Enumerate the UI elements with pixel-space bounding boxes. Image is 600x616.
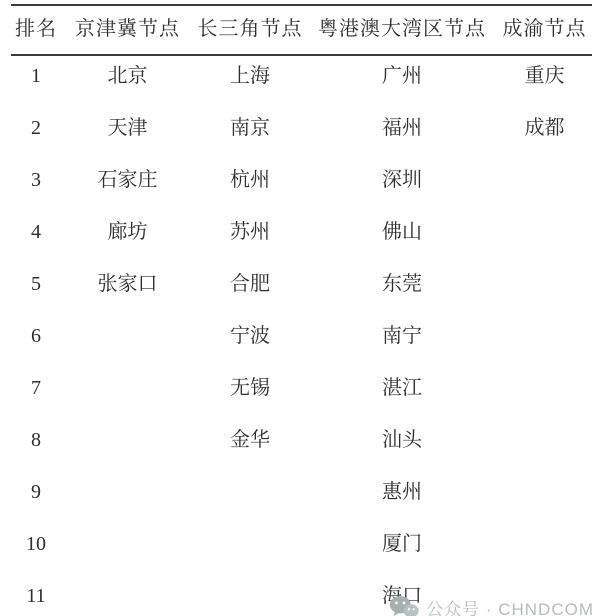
table-cell: 4 — [10, 222, 62, 242]
table-cell: 福州 — [307, 118, 497, 138]
table-cell: 10 — [10, 534, 62, 554]
table-cell: 天津 — [62, 118, 193, 138]
table-cell: 8 — [10, 430, 62, 450]
watermark: 公众号 · CHNDCOM — [389, 594, 594, 616]
table-cell: 无锡 — [193, 378, 307, 398]
header-cell: 粤港澳大湾区节点 — [307, 19, 497, 39]
table-cell: 湛江 — [307, 378, 497, 398]
table-cell: 广州 — [307, 66, 497, 86]
table-row: 1北京上海广州重庆 — [10, 50, 592, 102]
table-row: 8金华汕头 — [10, 414, 592, 466]
table-cell: 杭州 — [193, 170, 307, 190]
table-cell: 金华 — [193, 430, 307, 450]
wechat-icon — [389, 595, 419, 616]
header-cell: 成渝节点 — [497, 19, 592, 39]
table-row: 5张家口合肥东莞 — [10, 258, 592, 310]
table-row: 9惠州 — [10, 466, 592, 518]
table-row: 10厦门 — [10, 518, 592, 570]
table-cell: 合肥 — [193, 274, 307, 294]
table-cell: 重庆 — [497, 66, 592, 86]
table-row: 3石家庄杭州深圳 — [10, 154, 592, 206]
table-cell: 3 — [10, 170, 62, 190]
table-cell: 张家口 — [62, 274, 193, 294]
table-cell: 9 — [10, 482, 62, 502]
table-row: 2天津南京福州成都 — [10, 102, 592, 154]
header-cell: 排名 — [10, 19, 62, 39]
table-cell: 深圳 — [307, 170, 497, 190]
table-row: 7无锡湛江 — [10, 362, 592, 414]
table-header-row: 排名京津冀节点长三角节点粤港澳大湾区节点成渝节点 — [10, 4, 592, 54]
table-cell: 南京 — [193, 118, 307, 138]
table-cell: 宁波 — [193, 326, 307, 346]
header-cell: 京津冀节点 — [62, 19, 193, 39]
table-cell: 上海 — [193, 66, 307, 86]
table-cell: 惠州 — [307, 482, 497, 502]
table-cell: 廊坊 — [62, 222, 193, 242]
table-cell: 1 — [10, 66, 62, 86]
table-body: 1北京上海广州重庆2天津南京福州成都3石家庄杭州深圳4廊坊苏州佛山5张家口合肥东… — [10, 50, 592, 616]
table-cell: 北京 — [62, 66, 193, 86]
table-cell: 5 — [10, 274, 62, 294]
table-cell: 南宁 — [307, 326, 497, 346]
table-cell: 6 — [10, 326, 62, 346]
table-cell: 成都 — [497, 118, 592, 138]
watermark-text: 公众号 · CHNDCOM — [426, 595, 594, 616]
table-cell: 东莞 — [307, 274, 497, 294]
table-cell: 石家庄 — [62, 170, 193, 190]
table-cell: 7 — [10, 378, 62, 398]
header-cell: 长三角节点 — [193, 19, 307, 39]
table-cell: 苏州 — [193, 222, 307, 242]
table-cell: 汕头 — [307, 430, 497, 450]
table-cell: 厦门 — [307, 534, 497, 554]
table-cell: 2 — [10, 118, 62, 138]
document-page: 排名京津冀节点长三角节点粤港澳大湾区节点成渝节点 1北京上海广州重庆2天津南京福… — [0, 0, 600, 616]
table-row: 4廊坊苏州佛山 — [10, 206, 592, 258]
table-cell: 佛山 — [307, 222, 497, 242]
table-row: 6宁波南宁 — [10, 310, 592, 362]
table-cell: 11 — [10, 586, 62, 606]
